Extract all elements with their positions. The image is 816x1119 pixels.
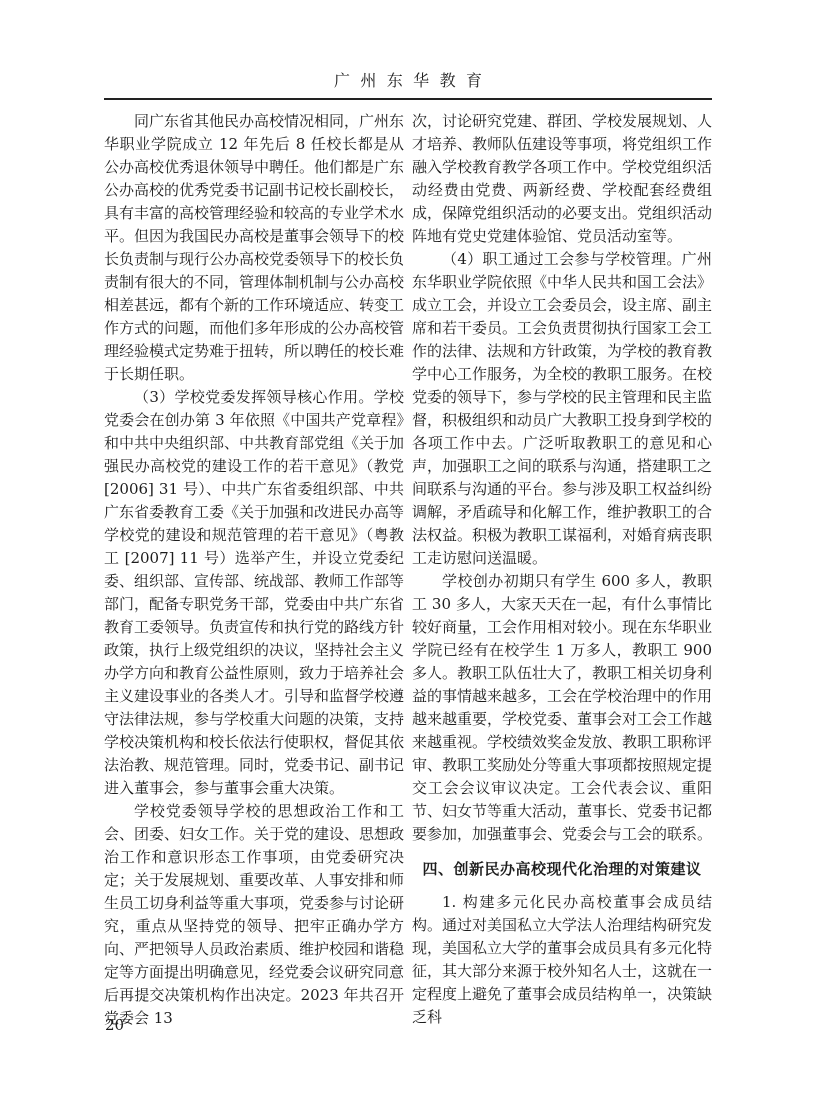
paragraph: 1. 构建多元化民办高校董事会成员结构。通过对美国私立大学法人治理结构研究发现，… [412,891,712,1029]
paragraph: （3）学校党委发挥领导核心作用。学校党委会在创办第 3 年依照《中国共产党章程》… [104,386,404,800]
paragraph: 次，讨论研究党建、群团、学校发展规划、人才培养、教师队伍建设等事项，将党组织工作… [412,110,712,248]
section-heading: 四、创新民办高校现代化治理的对策建议 [412,858,712,881]
header-rule [104,98,712,100]
paragraph: 同广东省其他民办高校情况相同，广州东华职业学院成立 12 年先后 8 任校长都是… [104,110,404,386]
right-column: 次，讨论研究党建、群团、学校发展规划、人才培养、教师队伍建设等事项，将党组织工作… [412,110,712,1030]
left-column: 同广东省其他民办高校情况相同，广州东华职业学院成立 12 年先后 8 任校长都是… [104,110,404,1030]
page-body: 同广东省其他民办高校情况相同，广州东华职业学院成立 12 年先后 8 任校长都是… [104,110,712,1030]
paragraph: 学校创办初期只有学生 600 多人，教职工 30 多人，大家天天在一起，有什么事… [412,570,712,846]
journal-title: 广州东华教育 [0,68,816,91]
paragraph: 学校党委领导学校的思想政治工作和工会、团委、妇女工作。关于党的建设、思想政治工作… [104,800,404,1030]
paragraph: （4）职工通过工会参与学校管理。广州东华职业学院依照《中华人民共和国工会法》成立… [412,248,712,570]
document-page: 广州东华教育 同广东省其他民办高校情况相同，广州东华职业学院成立 12 年先后 … [0,0,816,1119]
page-number: 20 [105,1016,124,1034]
